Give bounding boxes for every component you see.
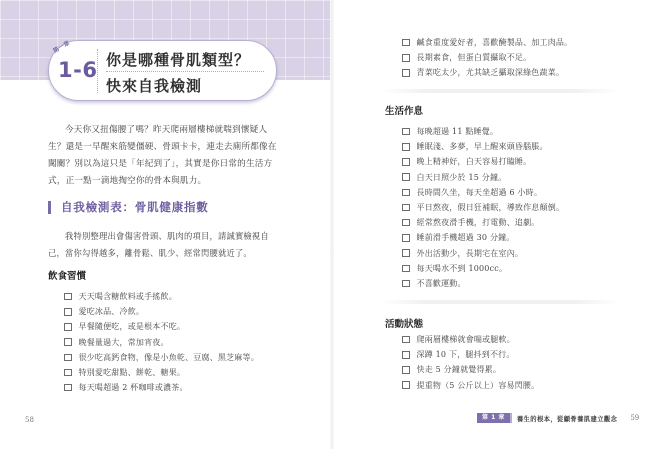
checklist-item-label: 晚餐量過大，常加宵夜。 <box>79 337 169 348</box>
left-page: 第一章 1-6 你是哪種骨肌類型？ 快來自我檢測 今天你又扭傷腰了嗎？昨天爬兩層… <box>0 0 332 449</box>
group-title-diet: 飲食習慣 <box>48 268 86 282</box>
checklist-item[interactable]: 快走 5 分鐘就覺得累。 <box>402 362 539 377</box>
checklist-item-label: 長時間久坐，每天坐超過 6 小時。 <box>417 187 543 198</box>
checklist-item[interactable]: 很少吃高鈣食物，像是小魚乾、豆腐、黑芝麻等。 <box>64 350 259 365</box>
checkbox-icon[interactable] <box>402 265 410 273</box>
checklist-item-label: 青菜吃太少，尤其缺乏攝取深綠色蔬菜。 <box>417 67 565 78</box>
checkbox-icon[interactable] <box>402 234 410 242</box>
checklist-item[interactable]: 平日熬夜，假日狂補眠，導致作息顛倒。 <box>402 200 564 215</box>
checkbox-icon[interactable] <box>64 293 72 301</box>
checkbox-icon[interactable] <box>402 69 410 77</box>
checklist-item[interactable]: 經常熬夜滑手機，打電動、追劇。 <box>402 215 564 230</box>
checklist-item-label: 經常熬夜滑手機，打電動、追劇。 <box>417 217 540 228</box>
subheading-text: 自我檢測表：骨肌健康指數 <box>61 199 209 215</box>
checklist-item[interactable]: 每天喝超過 2 杯咖啡或濃茶。 <box>64 380 259 395</box>
checklist-item-label: 不喜歡運動。 <box>417 278 466 289</box>
checklist-activity: 爬兩層樓梯就會喘或腿軟。 深蹲 10 下，腿抖到不行。 快走 5 分鐘就覺得累。… <box>402 332 539 393</box>
group-title-activity: 活動狀態 <box>385 316 423 330</box>
checklist-item-label: 平日熬夜，假日狂補眠，導致作息顛倒。 <box>417 202 565 213</box>
checkbox-icon[interactable] <box>402 189 410 197</box>
badge-bracket-icon <box>510 413 513 423</box>
checklist-item-label: 長期素食，但蛋白質攝取不足。 <box>417 52 532 63</box>
running-footer: 第 1 章 養生的根本，從顧骨養肌建立觀念 59 <box>477 413 639 423</box>
checklist-item-label: 提重物（5 公斤以上）容易閃腰。 <box>417 380 540 391</box>
checklist-item[interactable]: 每晚超過 11 點睡覺。 <box>402 124 564 139</box>
checklist-item[interactable]: 不喜歡運動。 <box>402 276 564 291</box>
checklist-item-label: 睡眠淺、多夢，早上醒來頭昏腦脹。 <box>417 141 548 152</box>
checkbox-icon[interactable] <box>64 323 72 331</box>
checkbox-icon[interactable] <box>402 39 410 47</box>
checklist-item-label: 早餐隨便吃，或是根本不吃。 <box>79 321 186 332</box>
checklist-item[interactable]: 長時間久坐，每天坐超過 6 小時。 <box>402 185 564 200</box>
checklist-item[interactable]: 深蹲 10 下，腿抖到不行。 <box>402 347 539 362</box>
checklist-item[interactable]: 青菜吃太少，尤其缺乏攝取深綠色蔬菜。 <box>402 65 572 80</box>
section-separator <box>380 300 620 304</box>
page-number-left: 58 <box>25 416 34 424</box>
page-title-line1: 你是哪種骨肌類型？ <box>106 49 250 70</box>
checkbox-icon[interactable] <box>402 128 410 136</box>
checklist-item-label: 每晚超過 11 點睡覺。 <box>417 126 499 137</box>
checklist-item[interactable]: 特別愛吃甜點、餅乾、糖果。 <box>64 365 259 380</box>
checklist-item-label: 深蹲 10 下，腿抖到不行。 <box>417 349 515 360</box>
instructions-paragraph: 我特別整理出會傷害骨頭、肌肉的項目，請誠實檢視自己，當你勾得越多，離骨鬆、肌少、… <box>48 228 284 262</box>
checklist-item[interactable]: 每天喝水不到 1000cc。 <box>402 261 564 276</box>
checklist-item-label: 很少吃高鈣食物，像是小魚乾、豆腐、黑芝麻等。 <box>79 352 259 363</box>
checkbox-icon[interactable] <box>64 369 72 377</box>
subheading-bar-icon <box>48 201 51 214</box>
checklist-item-label: 晚上精神好，白天容易打瞌睡。 <box>417 156 532 167</box>
checklist-item[interactable]: 晚上精神好，白天容易打瞌睡。 <box>402 154 564 169</box>
group-title-lifestyle: 生活作息 <box>385 103 423 117</box>
checkbox-icon[interactable] <box>64 354 72 362</box>
checkbox-icon[interactable] <box>402 219 410 227</box>
checkbox-icon[interactable] <box>402 143 410 151</box>
checklist-item-label: 睡前滑手機超過 30 分鐘。 <box>417 232 515 243</box>
checklist-item[interactable]: 長期素食，但蛋白質攝取不足。 <box>402 50 572 65</box>
checklist-item-label: 天天喝含糖飲料或手搖飲。 <box>79 291 177 302</box>
checkbox-icon[interactable] <box>402 173 410 181</box>
checklist-lifestyle: 每晚超過 11 點睡覺。 睡眠淺、多夢，早上醒來頭昏腦脹。 晚上精神好，白天容易… <box>402 124 564 291</box>
checklist-diet: 天天喝含糖飲料或手搖飲。 愛吃冰品、冷飲。 早餐隨便吃，或是根本不吃。 晚餐量過… <box>64 289 259 395</box>
checklist-item-label: 愛吃冰品、冷飲。 <box>79 306 145 317</box>
checklist-item-label: 爬兩層樓梯就會喘或腿軟。 <box>417 334 515 345</box>
book-spread: 第一章 1-6 你是哪種骨肌類型？ 快來自我檢測 今天你又扭傷腰了嗎？昨天爬兩層… <box>0 0 663 449</box>
checkbox-icon[interactable] <box>64 384 72 392</box>
chapter-badge: 第 1 章 <box>477 413 510 423</box>
checkbox-icon[interactable] <box>402 249 410 257</box>
checklist-item-label: 白天日照少於 15 分鐘。 <box>417 172 507 183</box>
checklist-item[interactable]: 鹹食重度愛好者，喜歡醃製品、加工肉品。 <box>402 35 572 50</box>
title-dotted-rule <box>106 71 264 72</box>
checkbox-icon[interactable] <box>402 280 410 288</box>
title-divider <box>97 49 98 93</box>
checklist-item-label: 鹹食重度愛好者，喜歡醃製品、加工肉品。 <box>417 37 573 48</box>
checklist-diet-continued: 鹹食重度愛好者，喜歡醃製品、加工肉品。 長期素食，但蛋白質攝取不足。 青菜吃太少… <box>402 35 572 81</box>
book-gutter <box>330 0 334 449</box>
checklist-item[interactable]: 爬兩層樓梯就會喘或腿軟。 <box>402 332 539 347</box>
checklist-item-label: 每天喝水不到 1000cc。 <box>417 263 508 274</box>
checklist-item[interactable]: 愛吃冰品、冷飲。 <box>64 304 259 319</box>
checklist-item-label: 特別愛吃甜點、餅乾、糖果。 <box>79 367 186 378</box>
checkbox-icon[interactable] <box>64 308 72 316</box>
checklist-item[interactable]: 天天喝含糖飲料或手搖飲。 <box>64 289 259 304</box>
checklist-item-label: 快走 5 分鐘就覺得累。 <box>417 364 502 375</box>
checklist-item[interactable]: 睡眠淺、多夢，早上醒來頭昏腦脹。 <box>402 139 564 154</box>
checkbox-icon[interactable] <box>402 158 410 166</box>
section-number: 1-6 <box>58 58 97 82</box>
page-number-right: 59 <box>630 414 639 422</box>
checkbox-icon[interactable] <box>402 204 410 212</box>
checklist-item[interactable]: 提重物（5 公斤以上）容易閃腰。 <box>402 378 539 393</box>
checklist-item[interactable]: 早餐隨便吃，或是根本不吃。 <box>64 319 259 334</box>
checklist-item[interactable]: 晚餐量過大，常加宵夜。 <box>64 335 259 350</box>
checkbox-icon[interactable] <box>402 351 410 359</box>
subheading: 自我檢測表：骨肌健康指數 <box>48 199 209 215</box>
checkbox-icon[interactable] <box>402 336 410 344</box>
checklist-item-label: 外出活動少，長期宅在室內。 <box>417 248 524 259</box>
section-separator <box>380 89 620 93</box>
intro-paragraph: 今天你又扭傷腰了嗎？昨天爬兩層樓梯就喘到懷疑人生？還是一早醒來筋變僵硬、骨頭卡卡… <box>48 122 284 190</box>
checklist-item[interactable]: 睡前滑手機超過 30 分鐘。 <box>402 230 564 245</box>
checkbox-icon[interactable] <box>402 366 410 374</box>
page-title-line2: 快來自我檢測 <box>106 75 202 96</box>
checklist-item[interactable]: 外出活動少，長期宅在室內。 <box>402 246 564 261</box>
chapter-running-title: 養生的根本，從顧骨養肌建立觀念 <box>517 414 617 423</box>
checklist-item-label: 每天喝超過 2 杯咖啡或濃茶。 <box>79 382 188 393</box>
checkbox-icon[interactable] <box>64 338 72 346</box>
checkbox-icon[interactable] <box>402 381 410 389</box>
checklist-item[interactable]: 白天日照少於 15 分鐘。 <box>402 170 564 185</box>
checkbox-icon[interactable] <box>402 54 410 62</box>
